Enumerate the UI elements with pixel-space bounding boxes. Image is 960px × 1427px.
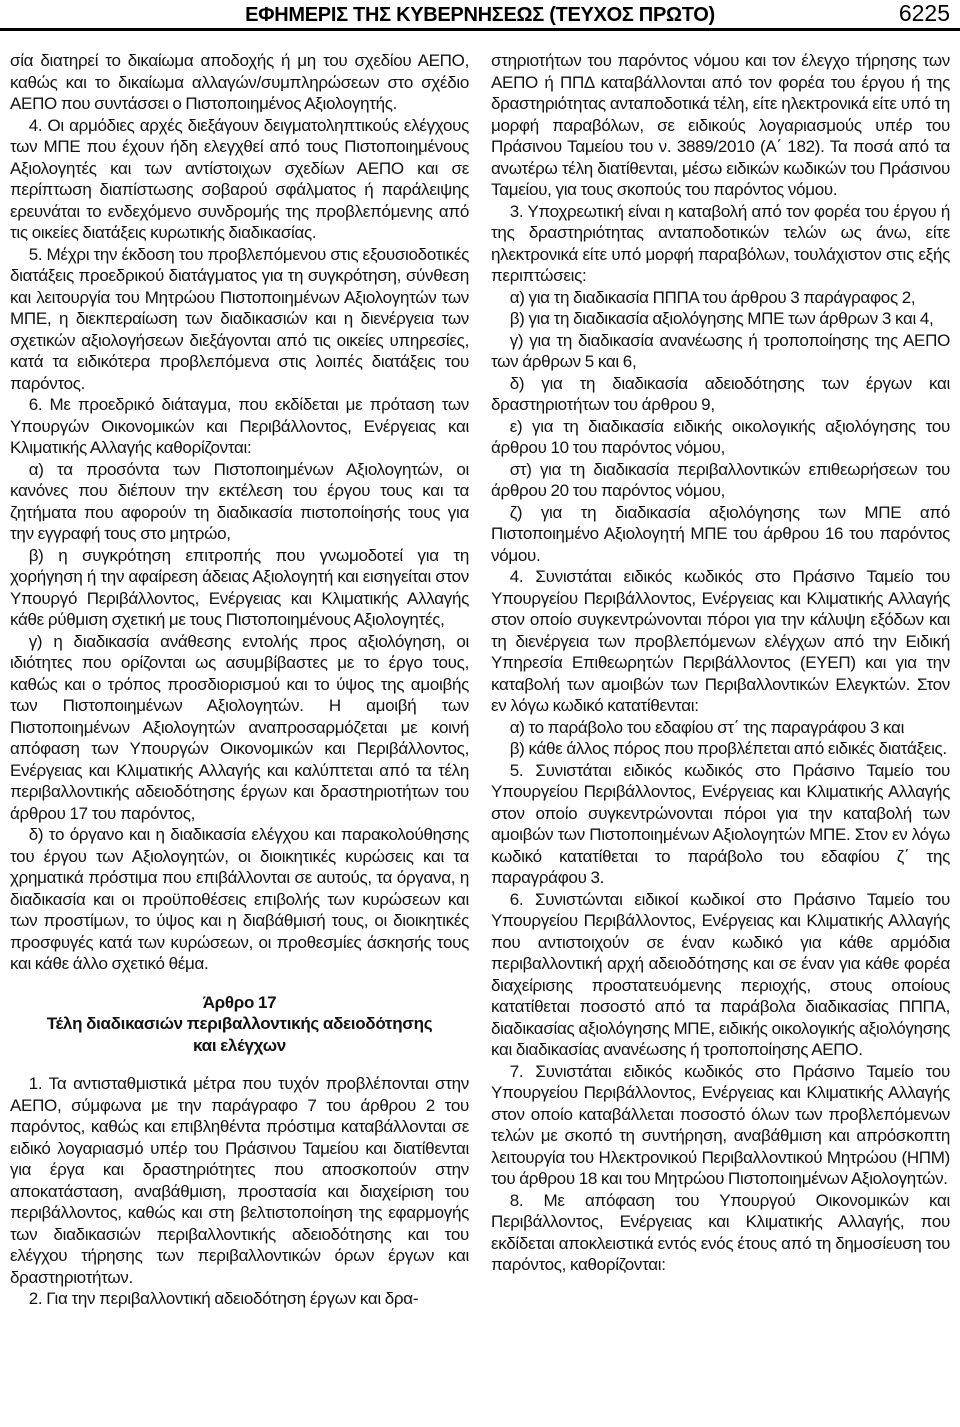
paragraph: γ) η διαδικασία ανάθεσης εντολής προς αξ… [10,631,469,825]
paragraph: 1. Τα αντισταθμιστικά μέτρα που τυχόν πρ… [10,1073,469,1288]
paragraph: σία διατηρεί το δικαίωμα αποδοχής ή μη τ… [10,50,469,115]
gazette-page: ΕΦΗΜΕΡΙΣ ΤΗΣ ΚΥΒΕΡΝΗΣΕΩΣ (ΤΕΥΧΟΣ ΠΡΩΤΟ) … [0,0,960,1427]
page-number: 6225 [899,0,950,27]
gazette-title: ΕΦΗΜΕΡΙΣ ΤΗΣ ΚΥΒΕΡΝΗΣΕΩΣ (ΤΕΥΧΟΣ ΠΡΩΤΟ) [10,2,950,28]
paragraph: 6. Συνιστώνται ειδικοί κωδικοί στο Πράσι… [491,889,950,1061]
paragraph: ζ) για τη διαδικασία αξιολόγησης των ΜΠΕ… [491,502,950,567]
paragraph: β) για τη διαδικασία αξιολόγησης ΜΠΕ των… [491,308,950,330]
paragraph: β) κάθε άλλος πόρος που προβλέπεται από … [491,738,950,760]
paragraph: 4. Οι αρμόδιες αρχές διεξάγουν δειγματολ… [10,115,469,244]
paragraph: 7. Συνιστάται ειδικός κωδικός στο Πράσιν… [491,1061,950,1190]
paragraph: δ) για τη διαδικασία αδειοδότησης των έρ… [491,373,950,416]
article-number: Άρθρο 17 [10,992,469,1014]
paragraph: στ) για τη διαδικασία περιβαλλοντικών επ… [491,459,950,502]
paragraph: ε) για τη διαδικασία ειδικής οικολογικής… [491,416,950,459]
paragraph: γ) για τη διαδικασία ανανέωσης ή τροποπο… [491,330,950,373]
paragraph: 8. Με απόφαση του Υπουργού Οικονομικών κ… [491,1190,950,1276]
article-title-line2: και ελέγχων [10,1035,469,1057]
paragraph: 3. Υποχρεωτική είναι η καταβολή από τον … [491,201,950,287]
paragraph: 5. Συνιστάται ειδικός κωδικός στο Πράσιν… [491,760,950,889]
paragraph: α) τα προσόντα των Πιστοποιημένων Αξιολο… [10,459,469,545]
left-column: σία διατηρεί το δικαίωμα αποδοχής ή μη τ… [10,50,469,1409]
paragraph: στηριοτήτων του παρόντος νόμου και τον έ… [491,50,950,201]
article-heading: Άρθρο 17 Τέλη διαδικασιών περιβαλλοντική… [10,992,469,1057]
page-header: ΕΦΗΜΕΡΙΣ ΤΗΣ ΚΥΒΕΡΝΗΣΕΩΣ (ΤΕΥΧΟΣ ΠΡΩΤΟ) … [0,0,960,31]
paragraph: 4. Συνιστάται ειδικός κωδικός στο Πράσιν… [491,566,950,717]
paragraph: 6. Με προεδρικό διάταγμα, που εκδίδεται … [10,394,469,459]
paragraph: 5. Μέχρι την έκδοση του προβλεπόμενου στ… [10,244,469,395]
text-columns: σία διατηρεί το δικαίωμα αποδοχής ή μη τ… [0,31,960,1409]
right-column: στηριοτήτων του παρόντος νόμου και τον έ… [491,50,950,1409]
paragraph: α) το παράβολο του εδαφίου στ΄ της παραγ… [491,717,950,739]
paragraph: α) για τη διαδικασία ΠΠΠΑ του άρθρου 3 π… [491,287,950,309]
article-title-line1: Τέλη διαδικασιών περιβαλλοντικής αδειοδό… [10,1013,469,1035]
paragraph: β) η συγκρότηση επιτροπής που γνωμοδοτεί… [10,545,469,631]
paragraph: 2. Για την περιβαλλοντική αδειοδότηση έρ… [10,1288,469,1310]
paragraph: δ) το όργανο και η διαδικασία ελέγχου κα… [10,824,469,975]
